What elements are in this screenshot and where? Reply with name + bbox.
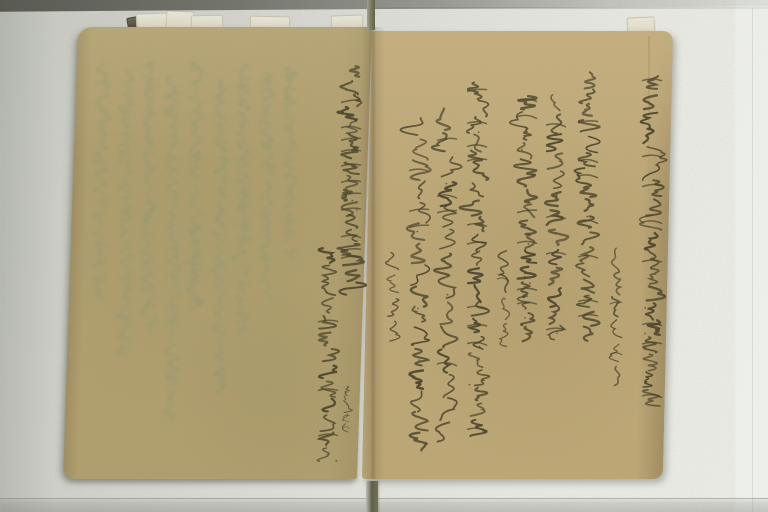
right-page <box>362 31 673 479</box>
spine-cloth-bottom <box>366 481 378 512</box>
backdrop-top-edge <box>0 0 768 12</box>
backdrop-bottom-seam <box>0 498 768 499</box>
backdrop-bottom-edge <box>0 497 768 512</box>
left-page <box>63 27 372 479</box>
right-page-crease <box>648 36 650 206</box>
backdrop-left-shading <box>0 0 56 512</box>
backdrop-right-seam <box>752 8 753 512</box>
photograph <box>0 0 768 512</box>
spine-cloth-top <box>367 0 375 30</box>
backdrop-top-seam <box>370 7 768 9</box>
